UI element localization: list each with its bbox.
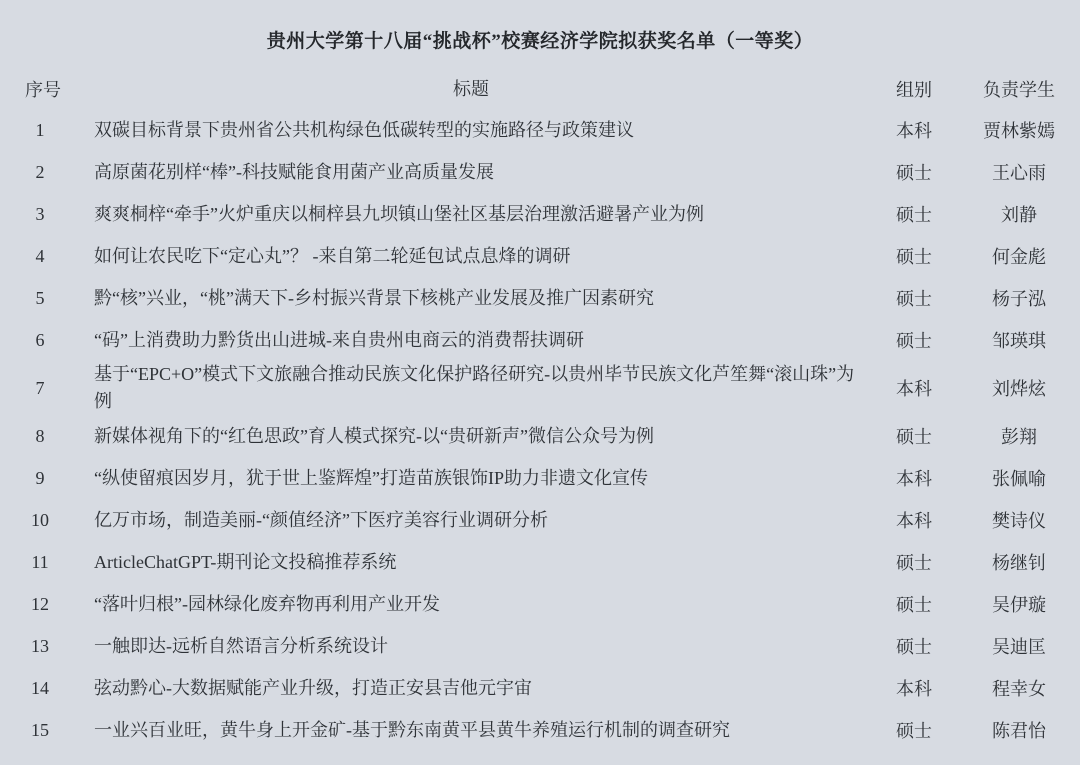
- table-row: 7 基于“EPC+O”模式下文旅融合推动民族文化保护路径研究-以贵州毕节民族文化…: [0, 361, 1080, 415]
- row-student: 刘静: [958, 201, 1080, 227]
- row-group: 硕士: [870, 243, 958, 269]
- row-index: 9: [0, 468, 80, 489]
- row-group: 硕士: [870, 201, 958, 227]
- header-index: 序号: [0, 76, 80, 102]
- row-group: 本科: [870, 465, 958, 491]
- row-title: 弦动黔心-大数据赋能产业升级，打造正安县吉他元宇宙: [80, 675, 870, 702]
- row-group: 本科: [870, 507, 958, 533]
- table-row: 9 “纵使留痕因岁月，犹于世上鉴辉煌”打造苗族银饰IP助力非遗文化宣传 本科 张…: [0, 457, 1080, 499]
- row-title: 黔“核”兴业，“桃”满天下-乡村振兴背景下核桃产业发展及推广因素研究: [80, 285, 870, 312]
- row-group: 硕士: [870, 549, 958, 575]
- row-student: 程幸女: [958, 675, 1080, 701]
- row-title: “落叶归根”-园林绿化废弃物再利用产业开发: [80, 591, 870, 618]
- row-title: 如何让农民吃下“定心丸”？ -来自第二轮延包试点息烽的调研: [80, 243, 870, 270]
- row-group: 本科: [870, 675, 958, 701]
- row-title: “纵使留痕因岁月，犹于世上鉴辉煌”打造苗族银饰IP助力非遗文化宣传: [80, 465, 870, 492]
- row-student: 邹瑛琪: [958, 327, 1080, 353]
- row-student: 王心雨: [958, 159, 1080, 185]
- row-index: 10: [0, 510, 80, 531]
- row-student: 何金彪: [958, 243, 1080, 269]
- table-row: 12 “落叶归根”-园林绿化废弃物再利用产业开发 硕士 吴伊璇: [0, 583, 1080, 625]
- row-group: 硕士: [870, 633, 958, 659]
- row-student: 樊诗仪: [958, 507, 1080, 533]
- row-group: 本科: [870, 117, 958, 143]
- row-student: 张佩喻: [958, 465, 1080, 491]
- row-index: 2: [0, 162, 80, 183]
- row-title: 一触即达-远析自然语言分析系统设计: [80, 633, 870, 660]
- row-group: 本科: [870, 375, 958, 401]
- row-index: 3: [0, 204, 80, 225]
- table-row: 15 一业兴百业旺，黄牛身上开金矿-基于黔东南黄平县黄牛养殖运行机制的调查研究 …: [0, 709, 1080, 751]
- row-title: 双碳目标背景下贵州省公共机构绿色低碳转型的实施路径与政策建议: [80, 117, 870, 144]
- row-student: 杨继钊: [958, 549, 1080, 575]
- row-index: 6: [0, 330, 80, 351]
- document-page: 贵州大学第十八届“挑战杯”校赛经济学院拟获奖名单（一等奖） 序号 标题 组别 负…: [0, 0, 1080, 765]
- row-title: 新媒体视角下的“红色思政”育人模式探究-以“贵研新声”微信公众号为例: [80, 423, 870, 450]
- header-title: 标题: [80, 76, 870, 103]
- table-row: 1 双碳目标背景下贵州省公共机构绿色低碳转型的实施路径与政策建议 本科 贾林紫嫣: [0, 109, 1080, 151]
- row-student: 彭翔: [958, 423, 1080, 449]
- table-row: 14 弦动黔心-大数据赋能产业升级，打造正安县吉他元宇宙 本科 程幸女: [0, 667, 1080, 709]
- row-index: 11: [0, 552, 80, 573]
- row-index: 5: [0, 288, 80, 309]
- row-student: 陈君怡: [958, 717, 1080, 743]
- row-title: 基于“EPC+O”模式下文旅融合推动民族文化保护路径研究-以贵州毕节民族文化芦笙…: [80, 361, 870, 415]
- row-group: 硕士: [870, 423, 958, 449]
- header-group: 组别: [870, 76, 958, 102]
- row-title: “码”上消费助力黔货出山进城-来自贵州电商云的消费帮扶调研: [80, 327, 870, 354]
- page-title: 贵州大学第十八届“挑战杯”校赛经济学院拟获奖名单（一等奖）: [0, 26, 1080, 53]
- row-group: 硕士: [870, 591, 958, 617]
- row-index: 8: [0, 426, 80, 447]
- table-row: 5 黔“核”兴业，“桃”满天下-乡村振兴背景下核桃产业发展及推广因素研究 硕士 …: [0, 277, 1080, 319]
- table-row: 4 如何让农民吃下“定心丸”？ -来自第二轮延包试点息烽的调研 硕士 何金彪: [0, 235, 1080, 277]
- row-index: 7: [0, 378, 80, 399]
- row-title: 高原菌花别样“棒”-科技赋能食用菌产业高质量发展: [80, 159, 870, 186]
- row-student: 吴迪匡: [958, 633, 1080, 659]
- row-title: ArticleChatGPT-期刊论文投稿推荐系统: [80, 549, 870, 576]
- row-student: 贾林紫嫣: [958, 117, 1080, 143]
- row-index: 15: [0, 720, 80, 741]
- row-group: 硕士: [870, 717, 958, 743]
- table-body: 1 双碳目标背景下贵州省公共机构绿色低碳转型的实施路径与政策建议 本科 贾林紫嫣…: [0, 109, 1080, 751]
- table-row: 3 爽爽桐梓“牵手”火炉重庆以桐梓县九坝镇山堡社区基层治理激活避暑产业为例 硕士…: [0, 193, 1080, 235]
- table-row: 10 亿万市场，制造美丽-“颜值经济”下医疗美容行业调研分析 本科 樊诗仪: [0, 499, 1080, 541]
- table-row: 6 “码”上消费助力黔货出山进城-来自贵州电商云的消费帮扶调研 硕士 邹瑛琪: [0, 319, 1080, 361]
- table-row: 8 新媒体视角下的“红色思政”育人模式探究-以“贵研新声”微信公众号为例 硕士 …: [0, 415, 1080, 457]
- row-title: 亿万市场，制造美丽-“颜值经济”下医疗美容行业调研分析: [80, 507, 870, 534]
- row-student: 吴伊璇: [958, 591, 1080, 617]
- row-index: 12: [0, 594, 80, 615]
- row-group: 硕士: [870, 159, 958, 185]
- table-row: 11 ArticleChatGPT-期刊论文投稿推荐系统 硕士 杨继钊: [0, 541, 1080, 583]
- row-index: 4: [0, 246, 80, 267]
- row-index: 14: [0, 678, 80, 699]
- row-index: 13: [0, 636, 80, 657]
- table-row: 2 高原菌花别样“棒”-科技赋能食用菌产业高质量发展 硕士 王心雨: [0, 151, 1080, 193]
- table-header: 序号 标题 组别 负责学生: [0, 69, 1080, 109]
- header-student: 负责学生: [958, 76, 1080, 102]
- row-index: 1: [0, 120, 80, 141]
- row-group: 硕士: [870, 327, 958, 353]
- row-title: 爽爽桐梓“牵手”火炉重庆以桐梓县九坝镇山堡社区基层治理激活避暑产业为例: [80, 201, 870, 228]
- row-student: 刘烨炫: [958, 375, 1080, 401]
- row-student: 杨子泓: [958, 285, 1080, 311]
- row-title: 一业兴百业旺，黄牛身上开金矿-基于黔东南黄平县黄牛养殖运行机制的调查研究: [80, 717, 870, 744]
- row-group: 硕士: [870, 285, 958, 311]
- table-row: 13 一触即达-远析自然语言分析系统设计 硕士 吴迪匡: [0, 625, 1080, 667]
